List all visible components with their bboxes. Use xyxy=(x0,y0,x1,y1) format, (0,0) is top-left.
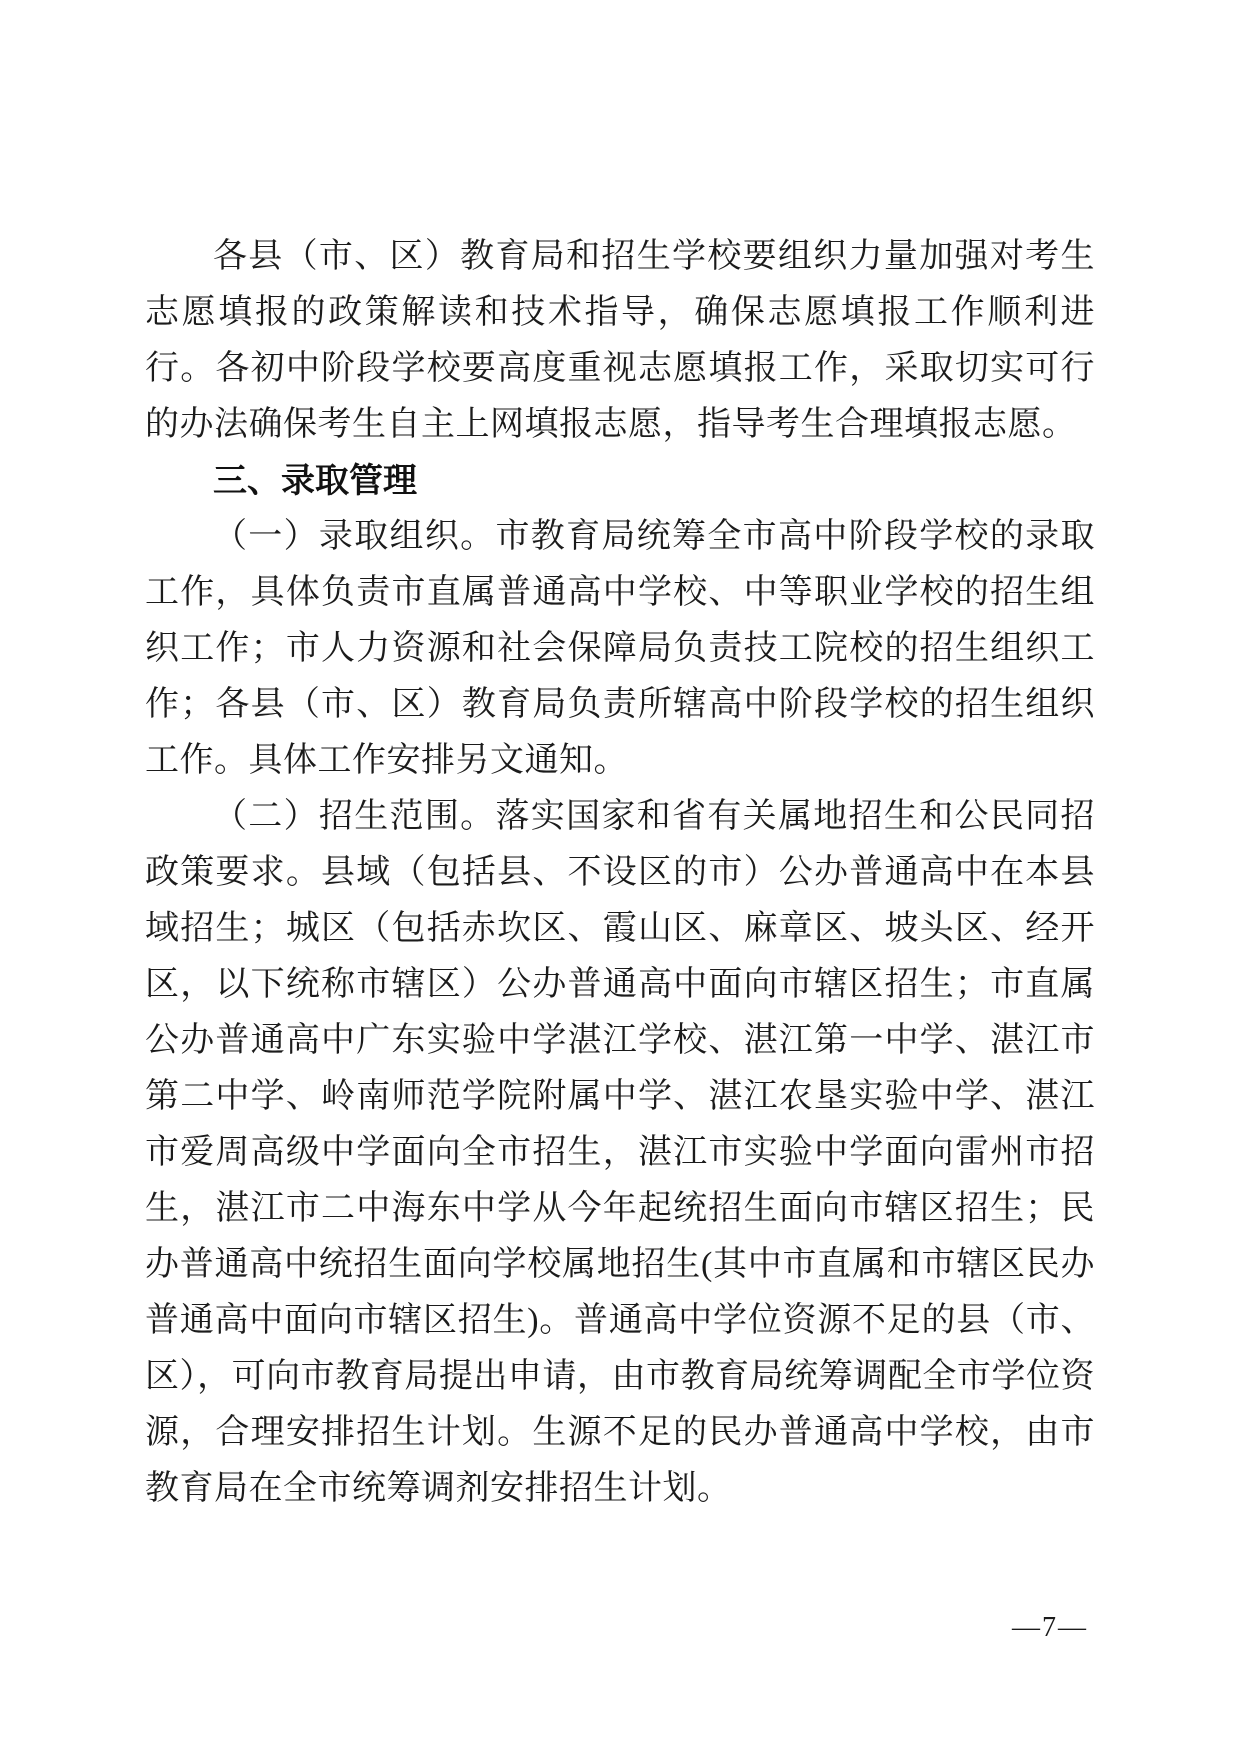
body-paragraph-admission-org: （一）录取组织。市教育局统筹全市高中阶段学校的录取工作，具体负责市直属普通高中学… xyxy=(145,509,1095,789)
body-paragraph-enrollment-scope: （二）招生范围。落实国家和省有关属地招生和公民同招政策要求。县域（包括县、不设区… xyxy=(145,789,1095,1517)
body-paragraph-intro: 各县（市、区）教育局和招生学校要组织力量加强对考生志愿填报的政策解读和技术指导，… xyxy=(145,229,1095,453)
page-number: —7— xyxy=(1012,1608,1088,1648)
document-page: 各县（市、区）教育局和招生学校要组织力量加强对考生志愿填报的政策解读和技术指导，… xyxy=(0,0,1240,1754)
document-body: 各县（市、区）教育局和招生学校要组织力量加强对考生志愿填报的政策解读和技术指导，… xyxy=(145,229,1095,1517)
section-heading: 三、录取管理 xyxy=(145,453,1095,509)
